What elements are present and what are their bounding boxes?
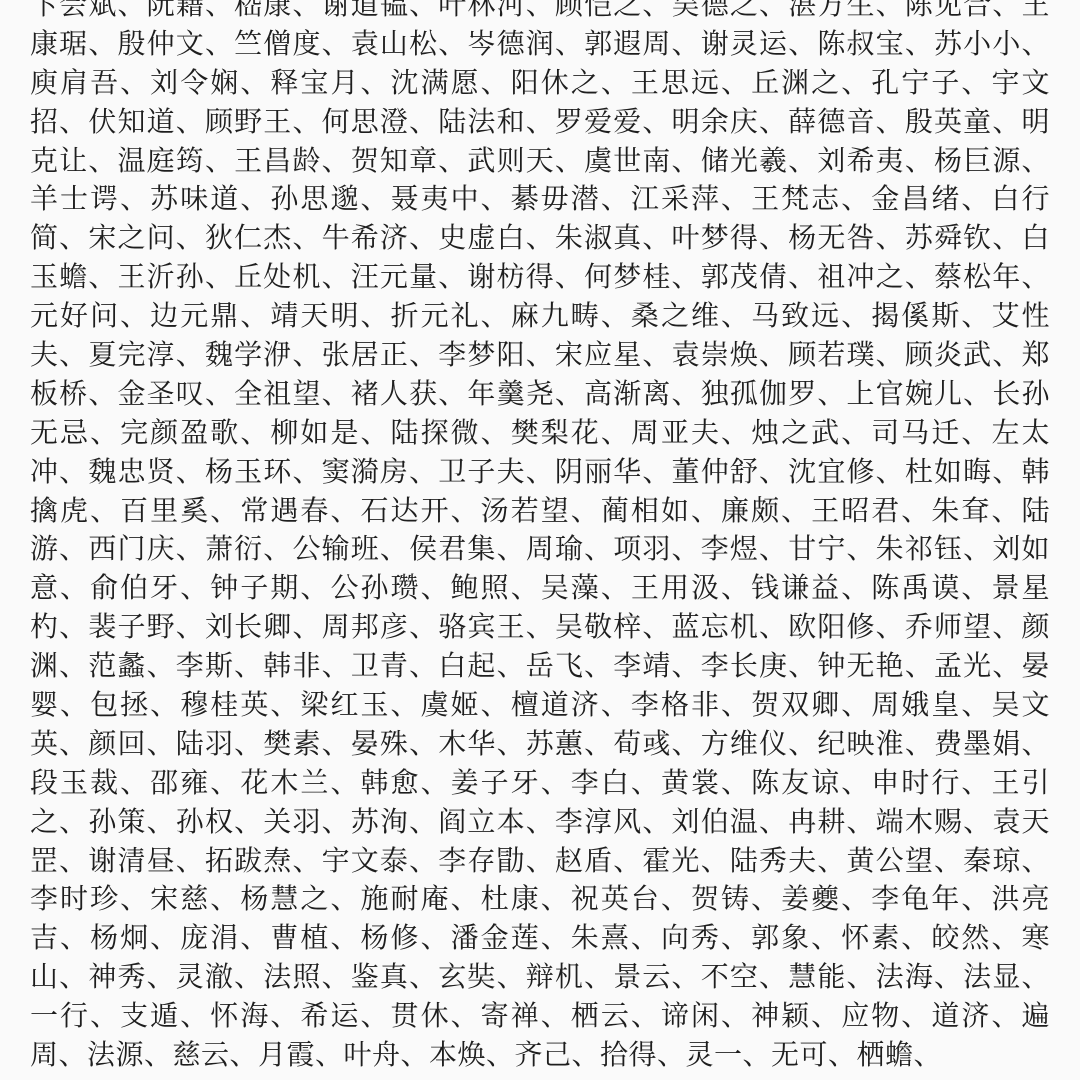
text-line-20: 英、颜回、陆羽、樊素、晏殊、木华、苏蕙、荀彧、方维仪、纪映淮、费墨娟、: [30, 726, 1050, 765]
text-line-2: 康琚、殷仲文、竺僧度、袁山松、岑德润、郭遐周、谢灵运、陈叔宝、苏小小、: [30, 26, 1050, 65]
text-line-21: 段玉裁、邵雍、花木兰、韩愈、姜子牙、李白、黄裳、陈友谅、申时行、王引: [30, 765, 1050, 804]
text-line-24: 李时珍、宋慈、杨慧之、施耐庵、杜康、祝英台、贺铸、姜夔、李龟年、洪亮: [30, 881, 1050, 920]
text-line-15: 游、西门庆、萧衍、公输班、侯君集、周瑜、项羽、李煜、甘宁、朱祁钰、刘如: [30, 531, 1050, 570]
text-line-23: 罡、谢清昼、拓跋焘、宇文泰、李存勖、赵盾、霍光、陆秀夫、黄公望、秦琼、: [30, 843, 1050, 882]
text-line-7: 简、宋之问、狄仁杰、牛希济、史虚白、朱淑真、叶梦得、杨无咎、苏舜钦、白: [30, 220, 1050, 259]
text-line-13: 冲、魏忠贤、杨玉环、窦漪房、卫子夫、阴丽华、董仲舒、沈宜修、杜如晦、韩: [30, 454, 1050, 493]
text-line-19: 婴、包拯、穆桂英、梁红玉、虞姬、檀道济、李格非、贺双卿、周娥皇、吴文: [30, 687, 1050, 726]
text-line-12: 无忌、完颜盈歌、柳如是、陆探微、樊梨花、周亚夫、烛之武、司马迁、左太: [30, 415, 1050, 454]
text-line-27: 一行、支遁、怀海、希运、贯休、寄禅、栖云、谛闲、神颖、应物、道济、遍: [30, 998, 1050, 1037]
text-line-14: 擒虎、百里奚、常遇春、石达开、汤若望、蔺相如、廉颇、王昭君、朱耷、陆: [30, 493, 1050, 532]
text-line-1: 卞会斌、阮籍、嵇康、谢道韫、叶林河、顾恺之、吴德之、湛方生、陈见合、王: [30, 0, 1050, 26]
text-line-8: 玉蟾、王沂孙、丘处机、汪元量、谢枋得、何梦桂、郭茂倩、祖冲之、蔡松年、: [30, 259, 1050, 298]
text-line-26: 山、神秀、灵澈、法照、鉴真、玄奘、辩机、景云、不空、慧能、法海、法显、: [30, 959, 1050, 998]
text-line-6: 羊士谔、苏味道、孙思邈、聂夷中、綦毋潜、江采萍、王梵志、金昌绪、白行: [30, 181, 1050, 220]
text-line-10: 夫、夏完淳、魏学洢、张居正、李梦阳、宋应星、袁崇焕、顾若璞、顾炎武、郑: [30, 337, 1050, 376]
text-line-17: 杓、裴子野、刘长卿、周邦彦、骆宾王、吴敬梓、蓝忘机、欧阳修、乔师望、颜: [30, 609, 1050, 648]
text-line-22: 之、孙策、孙权、关羽、苏洵、阎立本、李淳风、刘伯温、冉耕、端木赐、袁天: [30, 804, 1050, 843]
text-line-3: 庾肩吾、刘令娴、释宝月、沈满愿、阳休之、王思远、丘渊之、孔宁子、宇文: [30, 65, 1050, 104]
text-line-28: 周、法源、慈云、月霞、叶舟、本焕、齐己、拾得、灵一、无可、栖蟾、: [30, 1037, 1050, 1067]
text-line-5: 克让、温庭筠、王昌龄、贺知章、武则天、虞世南、储光羲、刘希夷、杨巨源、: [30, 143, 1050, 182]
name-list-document: 卞会斌、阮籍、嵇康、谢道韫、叶林河、顾恺之、吴德之、湛方生、陈见合、王 康琚、殷…: [0, 0, 1080, 1067]
text-line-16: 意、俞伯牙、钟子期、公孙瓒、鲍照、吴藻、王用汲、钱谦益、陈禹谟、景星: [30, 570, 1050, 609]
text-line-4: 招、伏知道、顾野王、何思澄、陆法和、罗爱爱、明余庆、薛德音、殷英童、明: [30, 104, 1050, 143]
text-line-9: 元好问、边元鼎、靖天明、折元礼、麻九畴、桑之维、马致远、揭傒斯、艾性: [30, 298, 1050, 337]
text-line-25: 吉、杨炯、庞涓、曹植、杨修、潘金莲、朱熹、向秀、郭象、怀素、皎然、寒: [30, 920, 1050, 959]
text-line-18: 渊、范蠡、李斯、韩非、卫青、白起、岳飞、李靖、李长庚、钟无艳、孟光、晏: [30, 648, 1050, 687]
text-line-11: 板桥、金圣叹、全祖望、褚人获、年羹尧、高渐离、独孤伽罗、上官婉儿、长孙: [30, 376, 1050, 415]
